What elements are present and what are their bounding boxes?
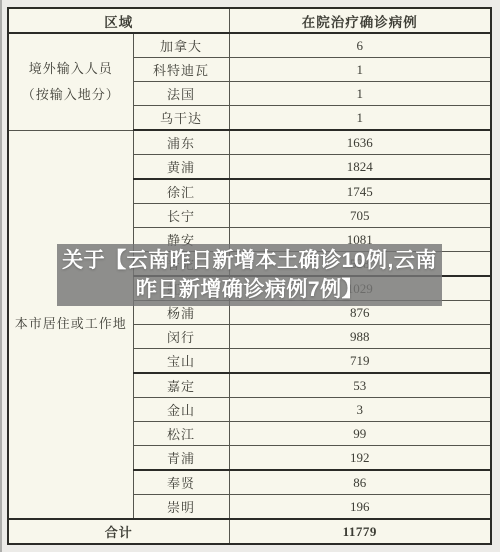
- case-count: 705: [229, 204, 491, 228]
- region-name: 黄浦: [133, 155, 229, 180]
- region-name: 法国: [133, 82, 229, 106]
- case-count: 192: [229, 446, 491, 471]
- region-name: 乌干达: [133, 106, 229, 131]
- case-count: 1745: [229, 179, 491, 204]
- region-name: 奉贤: [133, 470, 229, 495]
- region-name: 崇明: [133, 495, 229, 520]
- region-name: 闵行: [133, 325, 229, 349]
- total-value: 11779: [229, 519, 491, 544]
- case-count: 53: [229, 373, 491, 398]
- group-label: 本市居住或工作地: [8, 130, 133, 519]
- region-name: 浦东: [133, 130, 229, 155]
- case-count: 196: [229, 495, 491, 520]
- case-count: 1824: [229, 155, 491, 180]
- table-row: 本市居住或工作地浦东1636: [8, 130, 491, 155]
- total-row: 合计 11779: [8, 519, 491, 544]
- region-name: 青浦: [133, 446, 229, 471]
- column-header-cases: 在院治疗确诊病例: [229, 8, 491, 33]
- group-label: 境外输入人员（按输入地分）: [8, 33, 133, 130]
- region-name: 金山: [133, 398, 229, 422]
- case-count: 1: [229, 58, 491, 82]
- region-name: 长宁: [133, 204, 229, 228]
- group-label-line: （按输入地分）: [9, 82, 133, 108]
- case-count: 719: [229, 349, 491, 374]
- total-label: 合计: [8, 519, 229, 544]
- case-count: 988: [229, 325, 491, 349]
- case-count: 1: [229, 106, 491, 131]
- table-row: 境外输入人员（按输入地分）加拿大6: [8, 33, 491, 58]
- region-name: 科特迪瓦: [133, 58, 229, 82]
- column-header-region: 区域: [8, 8, 229, 33]
- table-header-row: 区域 在院治疗确诊病例: [8, 8, 491, 33]
- group-label-line: 境外输入人员: [9, 56, 133, 82]
- region-name: 嘉定: [133, 373, 229, 398]
- case-count: 1636: [229, 130, 491, 155]
- case-count: 86: [229, 470, 491, 495]
- region-name: 徐汇: [133, 179, 229, 204]
- page-left-edge: [0, 0, 2, 552]
- case-count: 3: [229, 398, 491, 422]
- case-count: 6: [229, 33, 491, 58]
- case-count: 1: [229, 82, 491, 106]
- region-name: 松江: [133, 422, 229, 446]
- group-label-line: 本市居住或工作地: [9, 311, 133, 337]
- case-count: 99: [229, 422, 491, 446]
- title-overlay-banner: 关于【云南昨日新增本土确诊10例,云南昨日新增确诊病例7例】: [57, 244, 442, 306]
- region-name: 宝山: [133, 349, 229, 374]
- region-name: 加拿大: [133, 33, 229, 58]
